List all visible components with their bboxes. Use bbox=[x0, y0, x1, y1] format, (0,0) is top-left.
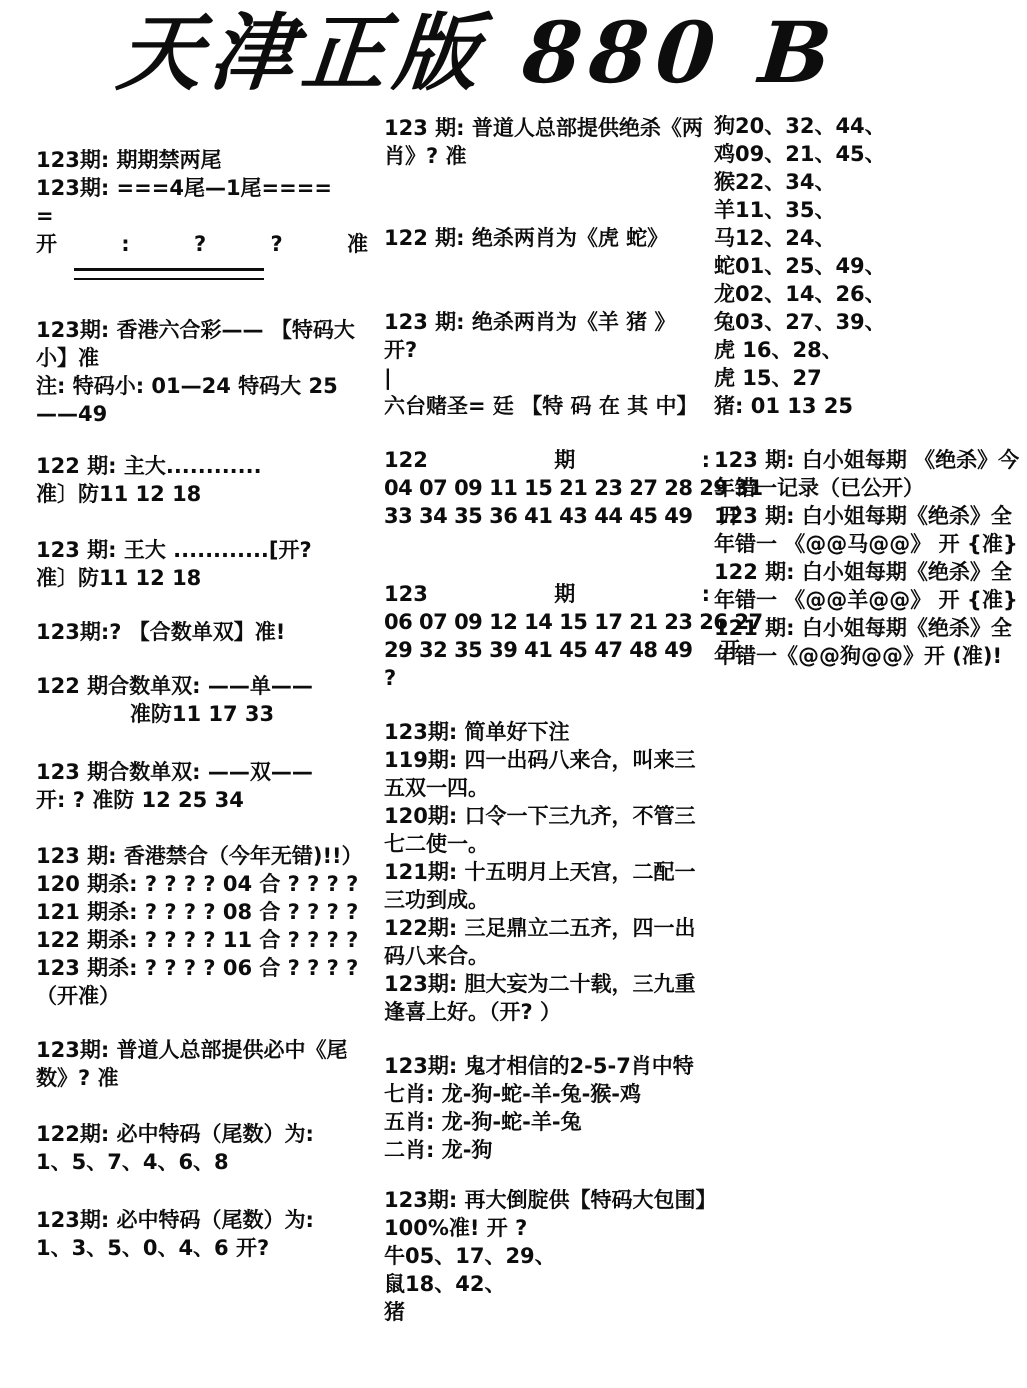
text-fragment: 准 bbox=[347, 230, 368, 258]
text-line: 猪 bbox=[384, 1298, 710, 1326]
verse-list: 123期: 简单好下注119期: 四一出码八来合，叫来三五双一四。120期: 口… bbox=[384, 718, 710, 1026]
text-line: 1、5、7、4、6、8 bbox=[36, 1148, 368, 1176]
text-line: 121期: 十五明月上天宫，二配一三功到成。 bbox=[384, 858, 710, 914]
text-line: 注: 特码小: 01—24 特码大 25——49 bbox=[36, 372, 368, 428]
lottery-tip-sheet: 天津正版 880 B 123期: 期期禁两尾123期: ===4尾—1尾====… bbox=[0, 0, 1027, 1388]
text-line: 122 期杀: ? ? ? ? 11 合 ? ? ? ? bbox=[36, 926, 368, 954]
p122-main-big: 122 期: 主大............准〕防11 12 18 bbox=[36, 452, 368, 508]
text-line: 狗20、32、44、 bbox=[714, 112, 1025, 140]
zodiac-number-list: 狗20、32、44、鸡09、21、45、猴22、34、羊11、35、马12、24… bbox=[714, 112, 1025, 420]
text-line: 122期: bbox=[384, 446, 710, 474]
text-fragment: ? bbox=[270, 230, 282, 258]
text-line: 119期: 四一出码八来合，叫来三五双一四。 bbox=[384, 746, 710, 802]
text-line: 122 期: 绝杀两肖为《虎 蛇》 bbox=[384, 224, 710, 252]
text-line: 123期: 必中特码（尾数）为: bbox=[36, 1206, 368, 1234]
text-line: 123期: bbox=[384, 580, 710, 608]
text-line: 122 期: 白小姐每期《绝杀》全年错一 《@@羊@@》 开 {准} bbox=[714, 558, 1025, 614]
left-column: 123期: 期期禁两尾123期: ===4尾—1尾=====开:??准123期:… bbox=[36, 146, 368, 1262]
text-line: ? bbox=[384, 664, 710, 692]
text-line: 牛05、17、29、 bbox=[384, 1242, 710, 1270]
right-column: 狗20、32、44、鸡09、21、45、猴22、34、羊11、35、马12、24… bbox=[714, 112, 1025, 670]
text-line: 123 期: 香港禁合（今年无错)!!） bbox=[36, 842, 368, 870]
text-line: 准〕防11 12 18 bbox=[36, 564, 368, 592]
text-line: 1、3、5、0、4、6 开? bbox=[36, 1234, 368, 1262]
big-surround: 123期: 再大倒腚供【特码大包围】100%准! 开 ?牛05、17、29、鼠1… bbox=[384, 1186, 710, 1326]
text-line: 123 期杀: ? ? ? ? 06 合 ? ? ? ? （开准） bbox=[36, 954, 368, 1010]
text-line: 123 期: 白小姐每期《绝杀》全年错一 《@@马@@》 开 {准} bbox=[714, 502, 1025, 558]
text-line: 开: ? 准防 12 25 34 bbox=[36, 786, 368, 814]
text-line: 121 期: 白小姐每期《绝杀》全年错一《@@狗@@》开 (准)! bbox=[714, 614, 1025, 670]
text-fragment: : bbox=[121, 230, 129, 258]
text-line: 猪: 01 13 25 bbox=[714, 392, 1025, 420]
p122-tails: 122期: 必中特码（尾数）为:1、5、7、4、6、8 bbox=[36, 1120, 368, 1176]
ban-two-tails: 123期: 期期禁两尾123期: ===4尾—1尾=====开:??准 bbox=[36, 146, 368, 280]
text-fragment: 123 bbox=[384, 580, 428, 608]
text-line: 123期: 期期禁两尾 bbox=[36, 146, 368, 174]
text-line: 123 期: 王大 ............[开? bbox=[36, 536, 368, 564]
text-line: 123期:? 【合数单双】准! bbox=[36, 618, 368, 646]
text-line: 06 07 09 12 14 15 17 21 23 26 27 bbox=[384, 608, 710, 636]
text-line: 龙02、14、26、 bbox=[714, 280, 1025, 308]
text-fragment: 期 bbox=[554, 446, 575, 474]
text-line: 122 期: 主大............ bbox=[36, 452, 368, 480]
text-line: 准防11 17 33 bbox=[36, 700, 368, 728]
text-line: 29 32 35 39 41 45 47 48 49 开 bbox=[384, 636, 710, 664]
p123-kill-two-zodiac: 123 期: 绝杀两肖为《羊 猪 》开?|六台赌圣= 廷 【特 码 在 其 中】 bbox=[384, 308, 710, 420]
text-line: 鸡09、21、45、 bbox=[714, 140, 1025, 168]
text-line: 开:??准 bbox=[36, 230, 368, 258]
text-line: 蛇01、25、49、 bbox=[714, 252, 1025, 280]
tail-provider: 123期: 普道人总部提供必中《尾数》? 准 bbox=[36, 1036, 368, 1092]
text-line: 羊11、35、 bbox=[714, 196, 1025, 224]
text-line: 33 34 35 36 41 43 44 45 49 开 bbox=[384, 502, 710, 530]
baixiaojie-kill-record: 123 期: 白小姐每期 《绝杀》今年错一记录（已公开）123 期: 白小姐每期… bbox=[714, 446, 1025, 670]
text-fragment: ? bbox=[194, 230, 206, 258]
p122-sum-oddeven: 122 期合数单双: ——单——准防11 17 33 bbox=[36, 672, 368, 728]
kill-two-zodiac-intro: 123 期: 普道人总部提供绝杀《两肖》? 准 bbox=[384, 114, 710, 170]
p122-number-list: 122期:04 07 09 11 15 21 23 27 28 29 31 33… bbox=[384, 446, 710, 530]
p123-main-big: 123 期: 王大 ............[开?准〕防11 12 18 bbox=[36, 536, 368, 592]
text-line: 马12、24、 bbox=[714, 224, 1025, 252]
text-line: 虎 16、28、 bbox=[714, 336, 1025, 364]
text-fragment: 122 bbox=[384, 446, 428, 474]
text-line: 123 期合数单双: ——双—— bbox=[36, 758, 368, 786]
text-line: 兔03、27、39、 bbox=[714, 308, 1025, 336]
text-line: 123期: 再大倒腚供【特码大包围】100%准! 开 ? bbox=[384, 1186, 710, 1242]
p123-tails: 123期: 必中特码（尾数）为:1、3、5、0、4、6 开? bbox=[36, 1206, 368, 1262]
text-fragment: : bbox=[702, 580, 710, 608]
text-line: 04 07 09 11 15 21 23 27 28 29 31 bbox=[384, 474, 710, 502]
text-line: 123 期: 普道人总部提供绝杀《两肖》? 准 bbox=[384, 114, 710, 170]
text-line: 123期: ===4尾—1尾==== bbox=[36, 174, 368, 202]
text-fragment: : bbox=[702, 446, 710, 474]
text-line: 123期: 香港六合彩—— 【特码大小】准 bbox=[36, 316, 368, 372]
zodiac-2-5-7: 123期: 鬼才相信的2-5-7肖中特七肖: 龙-狗-蛇-羊-兔-猴-鸡五肖: … bbox=[384, 1052, 710, 1164]
text-line: 122期: 必中特码（尾数）为: bbox=[36, 1120, 368, 1148]
text-line: 鼠18、42、 bbox=[384, 1270, 710, 1298]
text-fragment: 开 bbox=[36, 230, 57, 258]
special-code-size: 123期: 香港六合彩—— 【特码大小】准注: 特码小: 01—24 特码大 2… bbox=[36, 316, 368, 428]
p122-kill-two-zodiac: 122 期: 绝杀两肖为《虎 蛇》 bbox=[384, 224, 710, 252]
text-line: 虎 15、27 bbox=[714, 364, 1025, 392]
text-line: 122期: 三足鼎立二五齐，四一出码八来合。 bbox=[384, 914, 710, 970]
double-rule bbox=[74, 268, 264, 280]
text-line: 二肖: 龙-狗 bbox=[384, 1136, 710, 1164]
text-line: = bbox=[36, 202, 368, 230]
text-line: 开? bbox=[384, 336, 710, 364]
text-line: 123 期: 绝杀两肖为《羊 猪 》 bbox=[384, 308, 710, 336]
text-line: 121 期杀: ? ? ? ? 08 合 ? ? ? ? bbox=[36, 898, 368, 926]
text-line: 准〕防11 12 18 bbox=[36, 480, 368, 508]
text-line: 七肖: 龙-狗-蛇-羊-兔-猴-鸡 bbox=[384, 1080, 710, 1108]
text-line: 123期: 鬼才相信的2-5-7肖中特 bbox=[384, 1052, 710, 1080]
text-line: 五肖: 龙-狗-蛇-羊-兔 bbox=[384, 1108, 710, 1136]
p123-number-list: 123期:06 07 09 12 14 15 17 21 23 26 27 29… bbox=[384, 580, 710, 692]
p123-sum-oddeven-q: 123期:? 【合数单双】准! bbox=[36, 618, 368, 646]
sheet-title: 天津正版 880 B bbox=[113, 0, 983, 108]
text-line: 123期: 胆大妄为二十载，三九重逢喜上好。（开? ） bbox=[384, 970, 710, 1026]
text-line: 猴22、34、 bbox=[714, 168, 1025, 196]
text-line: | bbox=[384, 364, 710, 392]
text-line: 120期: 口令一下三九齐，不管三七二使一。 bbox=[384, 802, 710, 858]
text-line: 120 期杀: ? ? ? ? 04 合 ? ? ? ? bbox=[36, 870, 368, 898]
middle-column: 123 期: 普道人总部提供绝杀《两肖》? 准122 期: 绝杀两肖为《虎 蛇》… bbox=[384, 114, 710, 1326]
hk-ban-sum: 123 期: 香港禁合（今年无错)!!）120 期杀: ? ? ? ? 04 合… bbox=[36, 842, 368, 1010]
text-line: 123期: 简单好下注 bbox=[384, 718, 710, 746]
text-fragment: 期 bbox=[554, 580, 575, 608]
text-line: 122 期合数单双: ——单—— bbox=[36, 672, 368, 700]
text-line: 六台赌圣= 廷 【特 码 在 其 中】 bbox=[384, 392, 710, 420]
text-line: 123期: 普道人总部提供必中《尾数》? 准 bbox=[36, 1036, 368, 1092]
text-line: 123 期: 白小姐每期 《绝杀》今年错一记录（已公开） bbox=[714, 446, 1025, 502]
p123-sum-oddeven: 123 期合数单双: ——双——开: ? 准防 12 25 34 bbox=[36, 758, 368, 814]
